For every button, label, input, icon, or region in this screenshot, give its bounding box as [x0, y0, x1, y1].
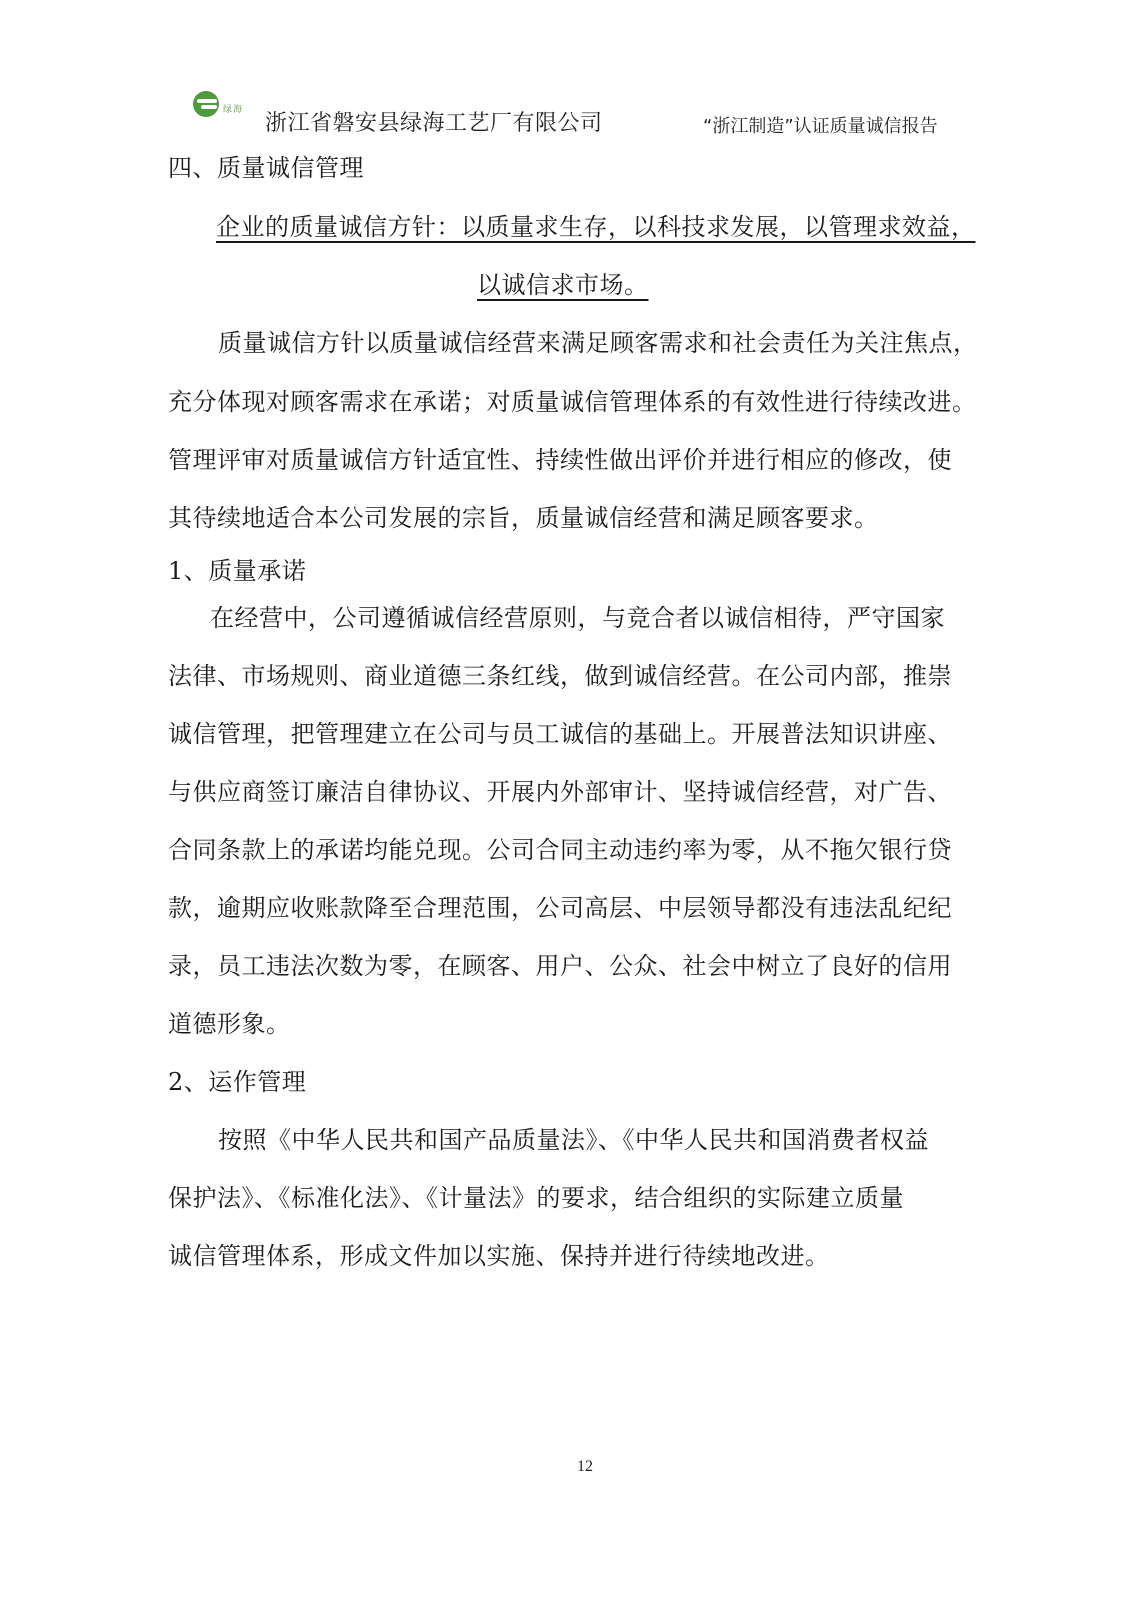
- section-title: 四、质量诚信管理: [168, 153, 364, 183]
- paragraph-line: 道德形象。: [168, 1009, 291, 1039]
- paragraph-line: 质量诚信方针以质量诚信经营来满足顾客需求和社会责任为关注焦点，: [218, 328, 978, 358]
- subsection-title: 2、运作管理: [168, 1067, 306, 1097]
- paragraph-line: 管理评审对质量诚信方针适宜性、持续性做出评价并进行相应的修改，使: [168, 445, 952, 475]
- policy-line: 企业的质量诚信方针：以质量求生存，以科技求发展，以管理求效益，: [216, 212, 976, 242]
- paragraph-line: 在经营中，公司遵循诚信经营原则，与竞合者以诚信相待，严守国家: [210, 603, 945, 633]
- paragraph-line: 与供应商签订廉洁自律协议、开展内外部审计、坚持诚信经营，对广告、: [168, 777, 952, 807]
- company-logo: 绿海: [193, 88, 253, 120]
- paragraph-line: 其待续地适合本公司发展的宗旨，质量诚信经营和满足顾客要求。: [168, 503, 879, 533]
- policy-line: 以诚信求市场。: [477, 270, 649, 300]
- header-company-name: 浙江省磐安县绿海工艺厂有限公司: [265, 106, 603, 137]
- logo-circle-icon: [193, 91, 219, 117]
- paragraph-line: 保护法》、《标准化法》、《计量法》的要求，结合组织的实际建立质量: [168, 1183, 904, 1213]
- paragraph-line: 诚信管理，把管理建立在公司与员工诚信的基础上。开展普法知识讲座、: [168, 719, 952, 749]
- paragraph-line: 录，员工违法次数为零，在顾客、用户、公众、社会中树立了良好的信用: [168, 951, 952, 981]
- paragraph-line: 充分体现对顾客需求在承诺；对质量诚信管理体系的有效性进行待续改进。: [168, 387, 977, 417]
- paragraph-line: 合同条款上的承诺均能兑现。公司合同主动违约率为零，从不拖欠银行贷: [168, 835, 952, 865]
- paragraph-line: 款，逾期应收账款降至合理范围，公司高层、中层领导都没有违法乱纪纪: [168, 893, 952, 923]
- header-report-title: “浙江制造”认证质量诚信报告: [703, 112, 938, 138]
- paragraph-line: 诚信管理体系，形成文件加以实施、保持并进行待续地改进。: [168, 1241, 830, 1271]
- logo-text: 绿海: [223, 102, 243, 115]
- page-number: 12: [577, 1458, 593, 1476]
- paragraph-line: 法律、市场规则、商业道德三条红线，做到诚信经营。在公司内部，推崇: [168, 661, 952, 691]
- document-page: 绿海 浙江省磐安县绿海工艺厂有限公司 “浙江制造”认证质量诚信报告 四、质量诚信…: [0, 0, 1131, 1600]
- subsection-title: 1、质量承诺: [168, 556, 306, 586]
- paragraph-line: 按照《中华人民共和国产品质量法》、《中华人民共和国消费者权益: [218, 1125, 929, 1155]
